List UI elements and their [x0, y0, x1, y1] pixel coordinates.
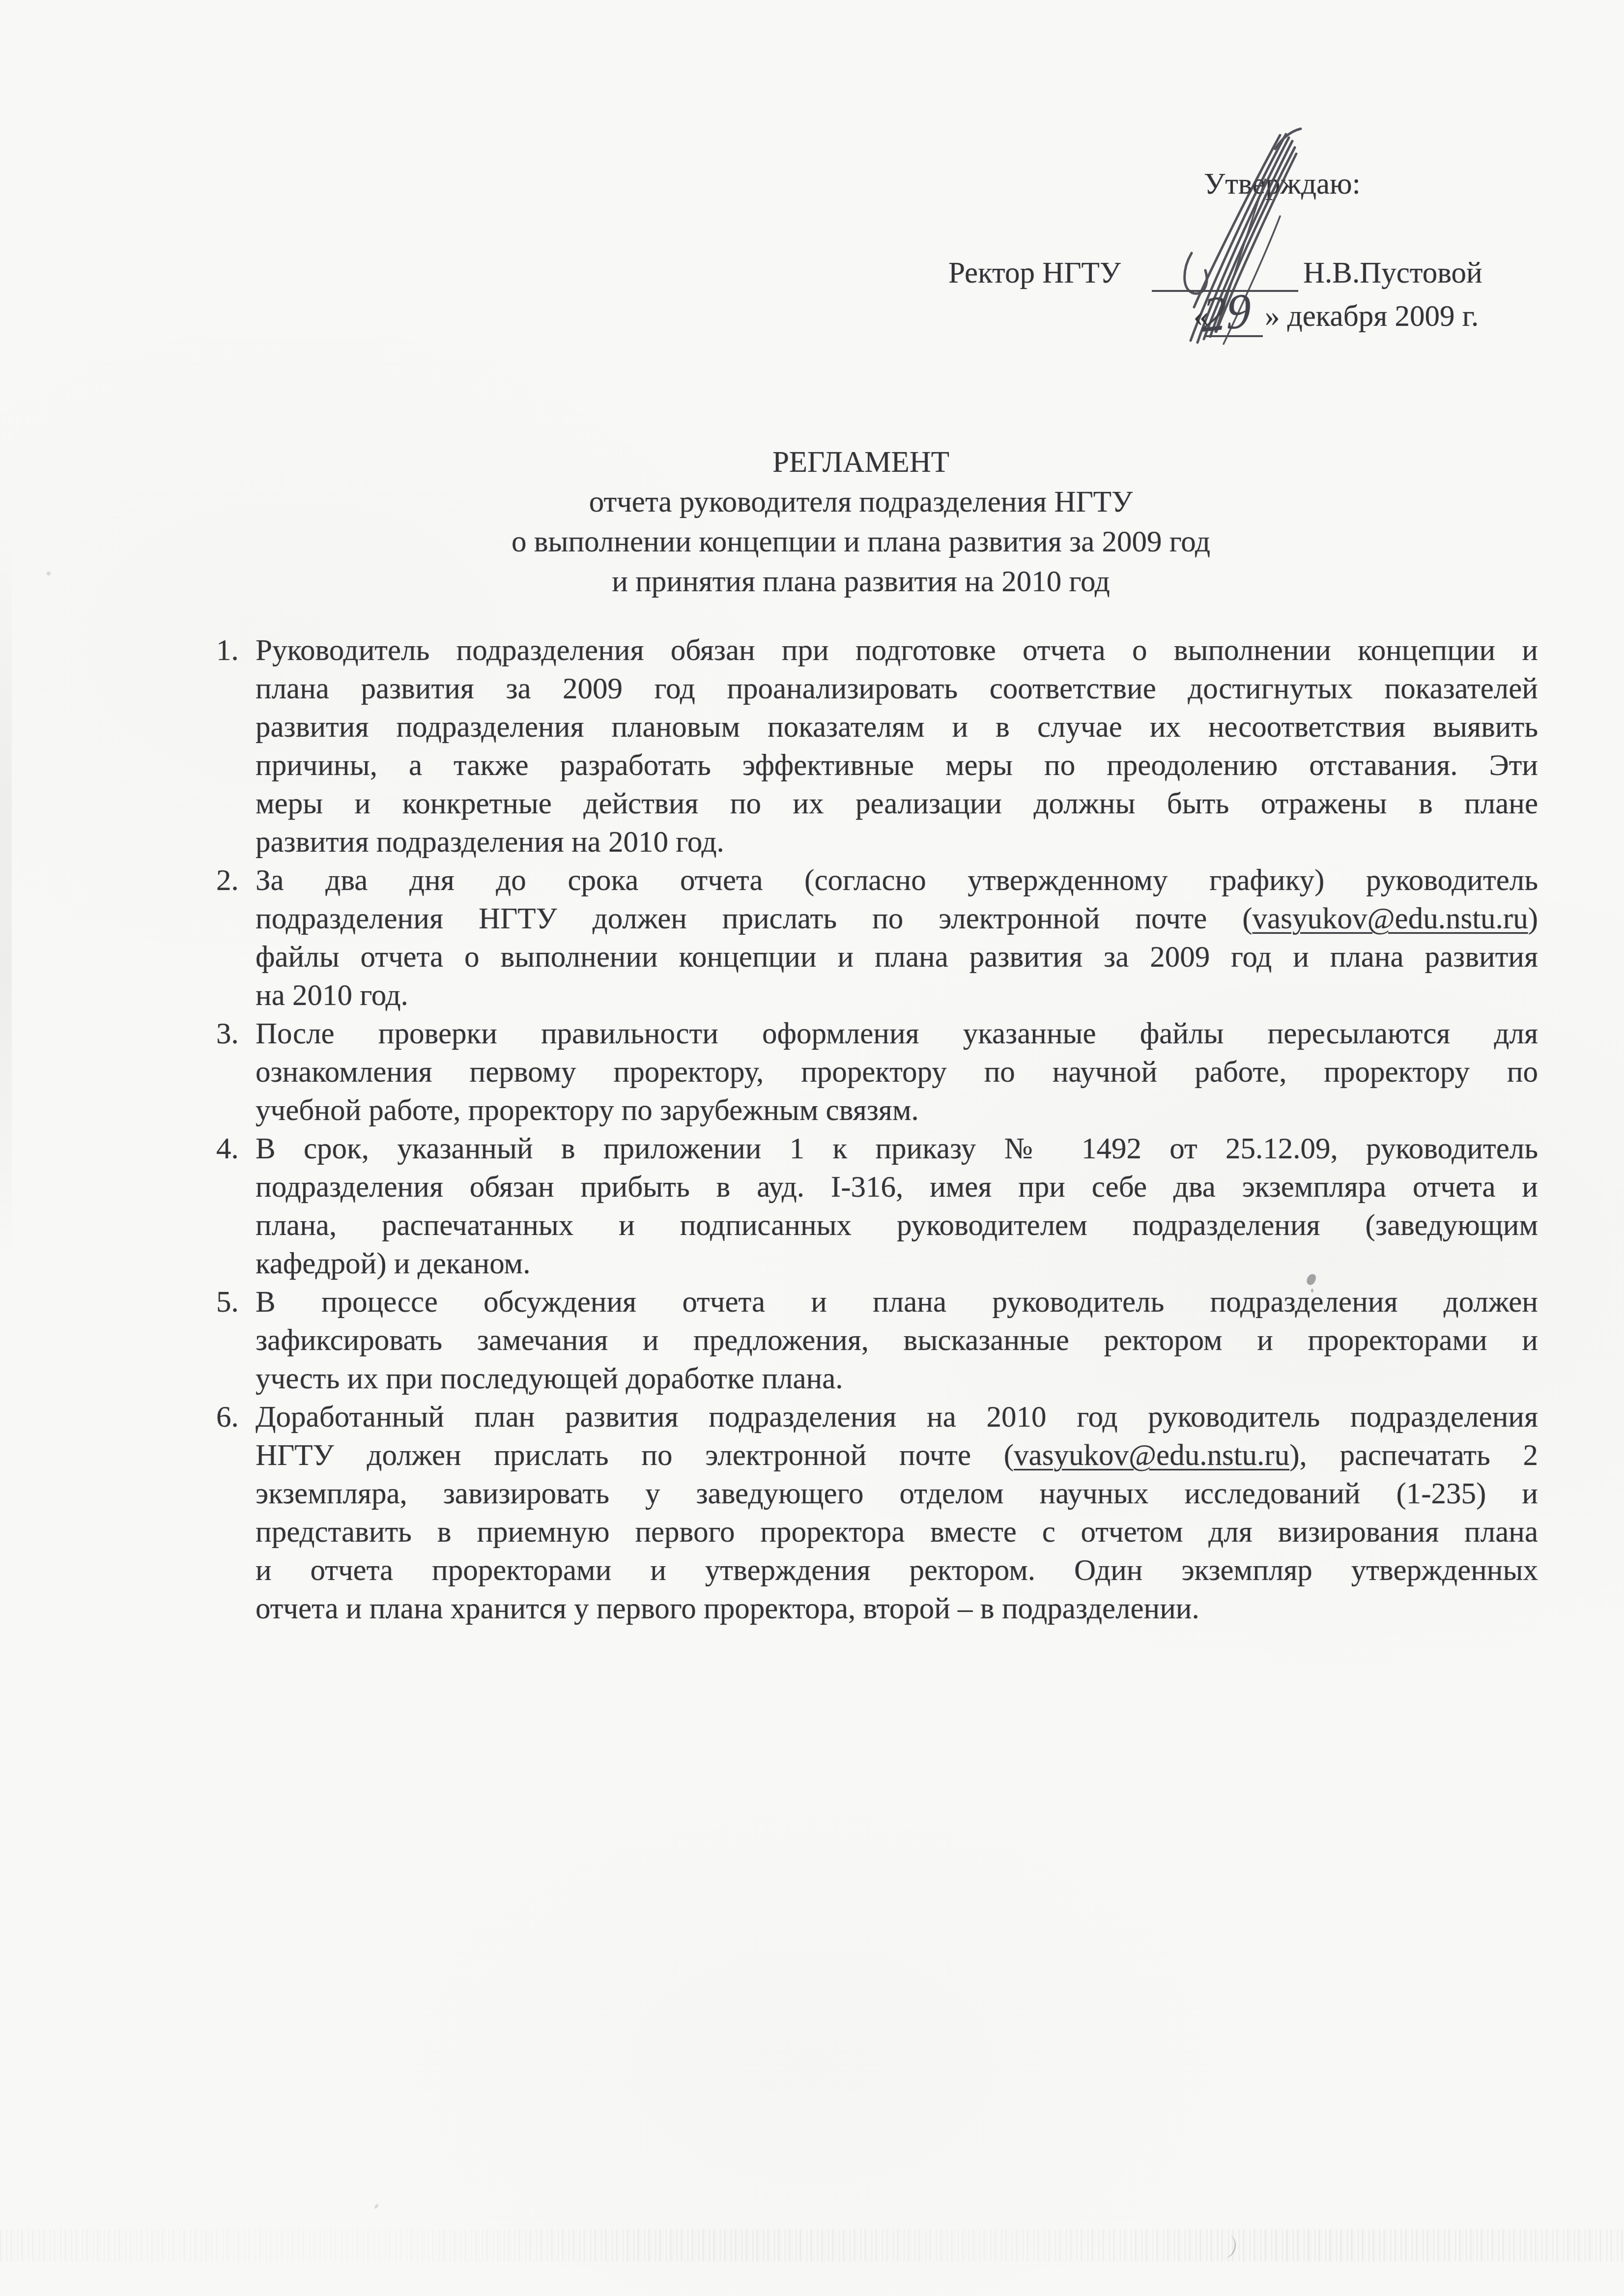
item-text-line: представить в приемную первого проректор…: [256, 1513, 1538, 1551]
item-text-line: меры и конкретные действия по их реализа…: [256, 785, 1538, 823]
item-number: 5.: [216, 1283, 239, 1321]
item-number: 1.: [216, 631, 239, 670]
scan-speck: [47, 572, 51, 575]
item-text-line: развития подразделения плановым показате…: [256, 708, 1538, 746]
item-number: 6.: [216, 1398, 239, 1436]
item-text-segment: НГТУ должен прислать по электронной почт…: [256, 1439, 1014, 1472]
regulation-list: 1. Руководитель подразделения обязан при…: [256, 631, 1538, 1628]
item-text-line: В процессе обсуждения отчета и плана рук…: [256, 1283, 1538, 1321]
item-text-segment: подразделения НГТУ должен прислать по эл…: [256, 902, 1253, 935]
title-line-2: отчета руководителя подразделения НГТУ: [173, 482, 1549, 522]
title-line-1: РЕГЛАМЕНТ: [173, 442, 1549, 482]
scan-noise-band: [0, 2229, 1624, 2262]
scan-edge-streak: [0, 531, 12, 1268]
item-text-line: Руководитель подразделения обязан при по…: [256, 631, 1538, 670]
item-text-line: файлы отчета о выполнении концепции и пл…: [256, 938, 1538, 976]
item-text-line: подразделения обязан прибыть в ауд. I-31…: [256, 1168, 1538, 1206]
item-text-line: на 2010 год.: [256, 976, 1538, 1015]
item-text-line: и отчета проректорами и утверждения рект…: [256, 1551, 1538, 1590]
list-item-4: 4. В срок, указанный в приложении 1 к пр…: [256, 1130, 1538, 1283]
item-text-line: В срок, указанный в приложении 1 к прика…: [256, 1130, 1538, 1168]
item-text-line: кафедрой) и деканом.: [256, 1245, 1538, 1283]
list-item-5: 5. В процессе обсуждения отчета и плана …: [256, 1283, 1538, 1398]
item-text-line: подразделения НГТУ должен прислать по эл…: [256, 900, 1538, 938]
item-text-line: ознакомления первому проректору, прорект…: [256, 1053, 1538, 1091]
scan-speck: [1311, 1289, 1313, 1292]
list-item-2: 2. За два дня до срока отчета (согласно …: [256, 861, 1538, 1015]
approval-signer-role: Ректор НГТУ: [948, 258, 1121, 288]
item-text-segment: ): [1528, 902, 1538, 935]
item-text-line: Доработанный план развития подразделения…: [256, 1398, 1538, 1436]
item-number: 2.: [216, 861, 239, 900]
item-text-line: причины, а также разработать эффективные…: [256, 746, 1538, 785]
item-text-segment: ), распечатать 2: [1289, 1439, 1538, 1472]
approval-date-text: » декабря 2009 г.: [1265, 301, 1479, 332]
approval-signer-name: Н.В.Пустовой: [1303, 258, 1482, 288]
scan-speck: [373, 2203, 379, 2209]
item-text-line: НГТУ должен прислать по электронной почт…: [256, 1436, 1538, 1475]
item-text-line: За два дня до срока отчета (согласно утв…: [256, 861, 1538, 900]
item-number: 3.: [216, 1015, 239, 1053]
list-item-1: 1. Руководитель подразделения обязан при…: [256, 631, 1538, 861]
list-item-6: 6. Доработанный план развития подразделе…: [256, 1398, 1538, 1628]
email-link: vasyukov@edu.nstu.ru: [1014, 1439, 1289, 1472]
item-text-line: учесть их при последующей доработке план…: [256, 1360, 1538, 1398]
item-number: 4.: [216, 1130, 239, 1168]
item-text-line: развития подразделения на 2010 год.: [256, 823, 1538, 861]
title-line-3: о выполнении концепции и плана развития …: [173, 522, 1549, 562]
item-text-line: отчета и плана хранится у первого прорек…: [256, 1590, 1538, 1628]
title-line-4: и принятия плана развития на 2010 год: [173, 562, 1549, 602]
scanned-document-page: Утверждаю: Ректор НГТУ Н.В.Пустовой « 29…: [0, 0, 1624, 2296]
item-text-line: плана развития за 2009 год проанализиров…: [256, 670, 1538, 708]
item-text-line: плана, распечатанных и подписанных руков…: [256, 1206, 1538, 1245]
item-text-line: экземпляра, завизировать у заведующего о…: [256, 1475, 1538, 1513]
item-text-line: После проверки правильности оформления у…: [256, 1015, 1538, 1053]
email-link: vasyukov@edu.nstu.ru: [1253, 902, 1528, 935]
document-title-block: РЕГЛАМЕНТ отчета руководителя подразделе…: [173, 442, 1549, 602]
item-text-line: зафиксировать замечания и предложения, в…: [256, 1321, 1538, 1360]
item-text-line: учебной работе, проректору по зарубежным…: [256, 1091, 1538, 1130]
list-item-3: 3. После проверки правильности оформлени…: [256, 1015, 1538, 1130]
day-blank-line: [1205, 310, 1263, 337]
